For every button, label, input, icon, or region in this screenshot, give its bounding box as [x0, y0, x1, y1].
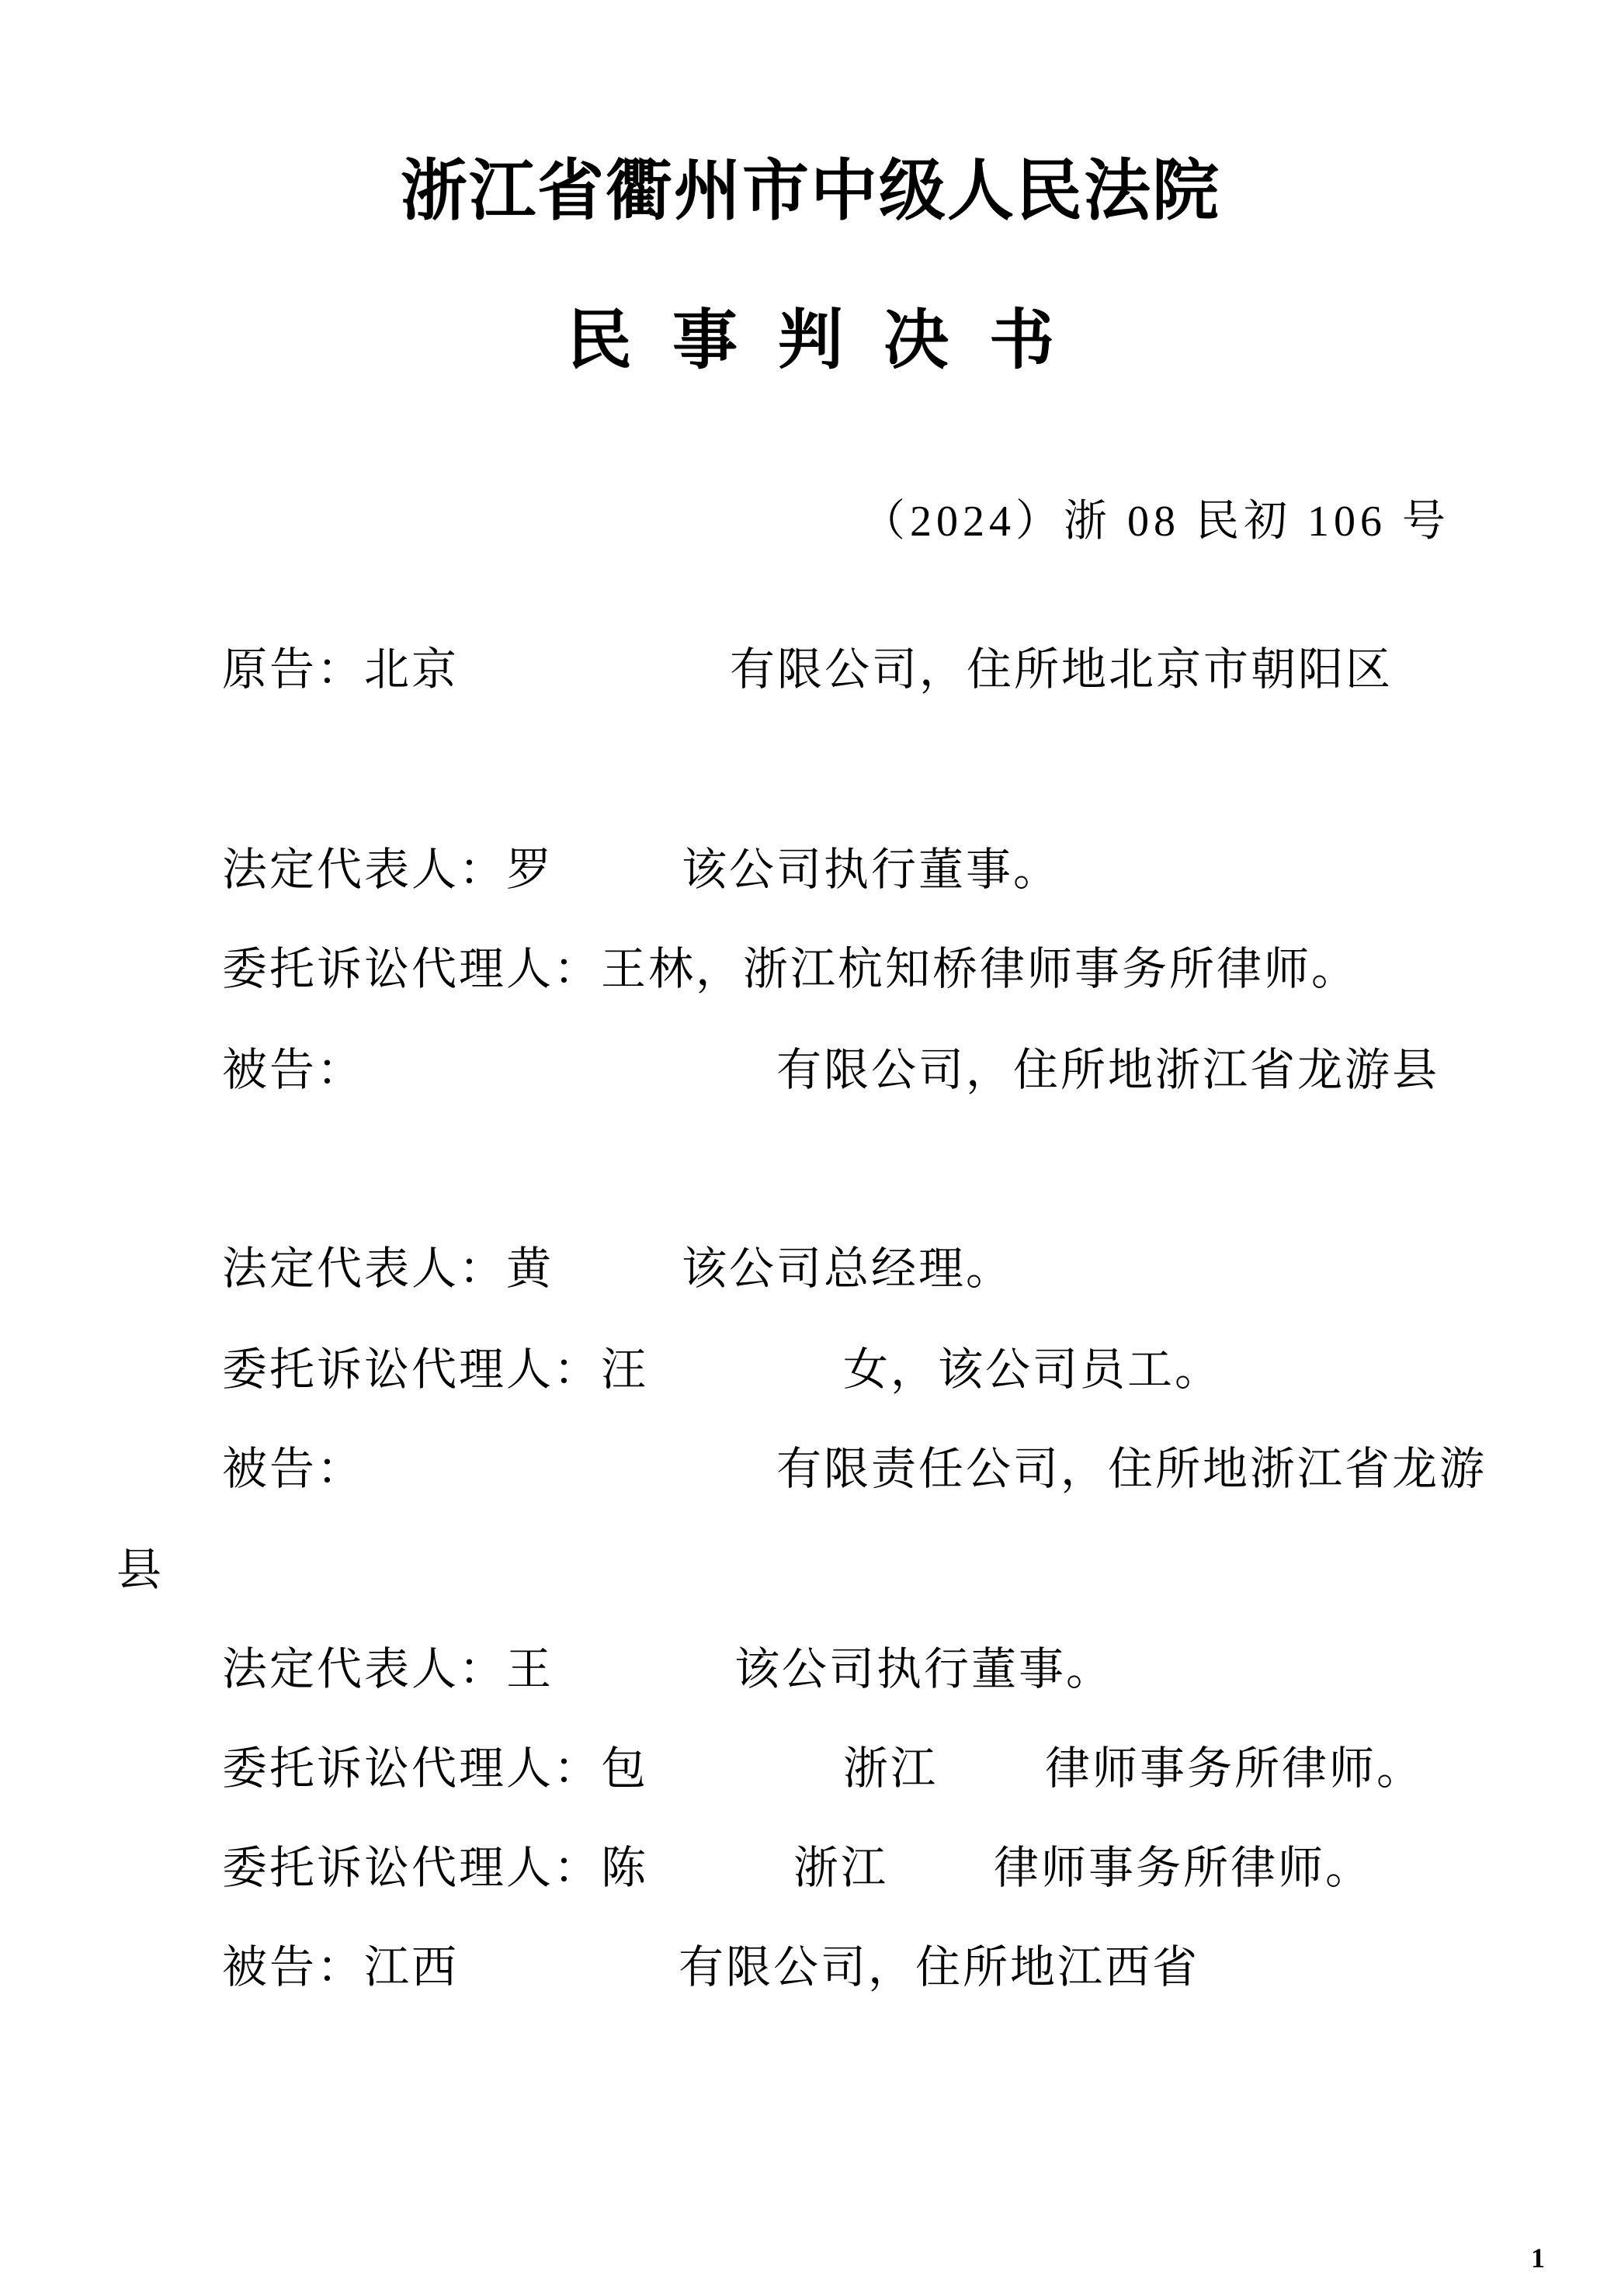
page-number: 1: [1531, 2242, 1545, 2274]
case-number: （2024）浙 08 民初 106 号: [862, 491, 1450, 553]
defendant-3-line: 被告：江西 有限公司，住所地江西省: [222, 1936, 289, 2184]
document-type-title: 民事判决书: [0, 301, 1621, 379]
court-name: 浙江省衢州市中级人民法院: [0, 152, 1621, 230]
defendant-2-line-continuation: 县: [116, 1538, 183, 1725]
